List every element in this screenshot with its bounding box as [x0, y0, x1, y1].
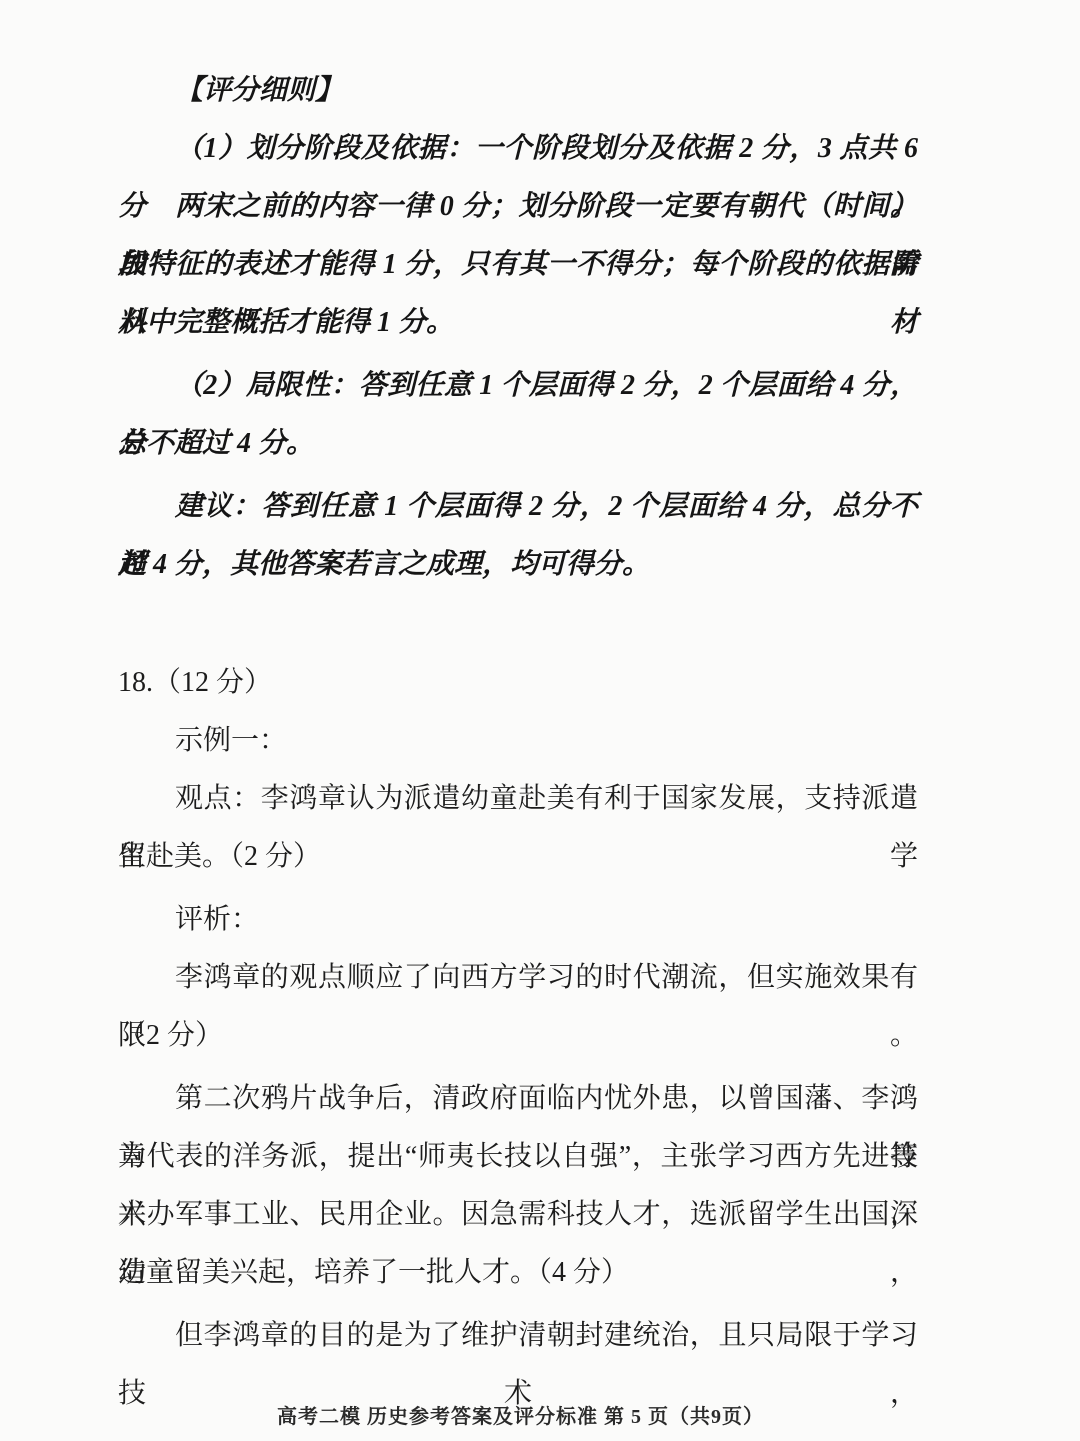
rubric-line: 段特征的表述才能得 1 分，只有其一不得分；每个阶段的依据需从材: [118, 236, 918, 294]
answer-line: 但李鸿章的目的是为了维护清朝封建统治，且只局限于学习技术，: [118, 1307, 918, 1365]
page-footer: 高考二模 历史参考答案及评分标准 第 5 页（共9页）: [277, 1404, 764, 1430]
rubric-line: 分不超过 4 分。: [118, 415, 918, 473]
answer-line: 观点：李鸿章认为派遣幼童赴美有利于国家发展，支持派遣留学: [118, 770, 918, 828]
answer-line: 为代表的洋务派，提出“师夷长技以自强”，主张学习西方先进技术，: [118, 1128, 918, 1186]
answer-line: 评析：: [118, 891, 918, 949]
answer-line: 第二次鸦片战争后，清政府面临内忧外患，以曾国藩、李鸿章等: [118, 1070, 918, 1128]
rubric-title: 【评分细则】: [118, 62, 918, 120]
rubric-line: （2）局限性：答到任意 1 个层面得 2 分，2 个层面给 4 分，总: [118, 357, 918, 415]
answer-line: 李鸿章的观点顺应了向西方学习的时代潮流，但实施效果有限。: [118, 949, 918, 1007]
scoring-rubric-section: 【评分细则】 （1）划分阶段及依据：一个阶段划分及依据 2 分，3 点共 6 分…: [118, 62, 918, 594]
rubric-line: （1）划分阶段及依据：一个阶段划分及依据 2 分，3 点共 6 分。: [118, 120, 918, 178]
answer-line: 示例一：: [118, 712, 918, 770]
question-number: 18.（12 分）: [118, 654, 918, 712]
answer-line: 兴办军事工业、民用企业。因急需科技人才，选派留学生出国深造，: [118, 1186, 918, 1244]
rubric-line: 两宋之前的内容一律 0 分；划分阶段一定要有朝代（时间）加阶: [118, 178, 918, 236]
question-18-answer-section: 18.（12 分） 示例一： 观点：李鸿章认为派遣幼童赴美有利于国家发展，支持派…: [118, 654, 918, 1365]
rubric-line: 过 4 分，其他答案若言之成理，均可得分。: [118, 536, 918, 594]
rubric-line: 建议：答到任意 1 个层面得 2 分，2 个层面给 4 分，总分不超: [118, 478, 918, 536]
scanned-document-page: 【评分细则】 （1）划分阶段及依据：一个阶段划分及依据 2 分，3 点共 6 分…: [0, 0, 1080, 1441]
